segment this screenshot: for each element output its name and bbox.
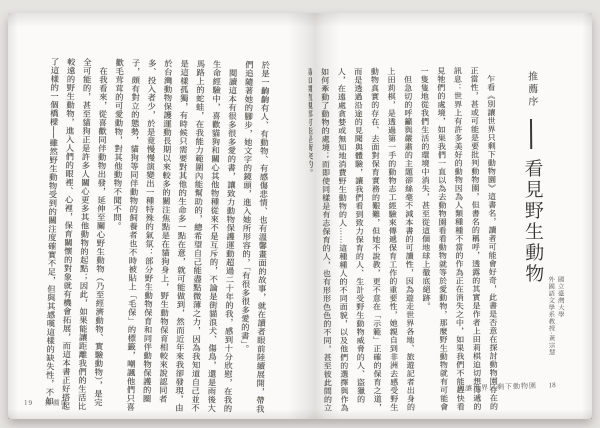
attribution-block: 國立臺灣大學外國語文學系教授·黃宗慧 xyxy=(546,276,566,386)
title-dash xyxy=(530,119,532,149)
right-page-body: 乍看《別讓世界只剩下動物園》這書名，讀者可能會好奇，此書是否意在探討動物園存在的… xyxy=(308,66,501,414)
footer-page-number-right: 18 xyxy=(549,381,556,389)
footer-book-title: 別讓世界只剩下動物園 xyxy=(457,382,537,393)
right-page-edge-shadow xyxy=(582,13,592,419)
attribution-line: 國立臺灣大學 xyxy=(555,276,565,386)
footer-section-label: 推薦序 xyxy=(45,399,69,407)
scanned-book-photo: { "colors": { "paper": "#fbfaf8", "backg… xyxy=(0,0,600,428)
left-page-body: 於是一齣齣有人、有動物、有感傷悲情、也有溫馨畫面的故事，就在讀者眼前陸續展開，帶… xyxy=(39,57,273,414)
book-spread: 推薦序 看見野生動物 國立臺灣大學外國語文學系教授·黃宗慧 乍看《別讓世界只剩下… xyxy=(8,13,592,419)
footer-page-number-left: 19 xyxy=(24,399,33,407)
left-page-footer: 19 推薦序 xyxy=(24,398,69,408)
paragraph: 乍看《別讓世界只剩下動物園》這書名，讀者可能會好奇，此書是否意在探討動物園存在的… xyxy=(416,66,502,413)
paragraph: 在我看來，從喜歡同伴動物出發，延伸至關心野生動物（乃至經濟動物、實驗動物），是完… xyxy=(39,57,111,411)
left-page-edge-shadow xyxy=(8,13,18,419)
paragraph: 但急切的呼籲與嚴肅的主題卻絲毫不減本書的可讀性，因為遊走世界各地、旅遊記者出身的… xyxy=(308,67,418,414)
preface-title-block: 推薦序 看見野生動物 xyxy=(518,71,548,401)
paragraph: 於是一齣齣有人、有動物、有感傷悲情、也有溫馨畫面的故事，就在讀者眼前陸續展開，帶… xyxy=(235,60,273,413)
attribution-line: 外國語文學系教授·黃宗慧 xyxy=(546,276,556,386)
preface-title: 看見野生動物 xyxy=(521,158,543,284)
preface-section-label: 推薦序 xyxy=(526,71,537,109)
paragraph: 閱讀這本有很多很多愛的書，讓致力動物保護運動超過二十年的我，感到十分欣慰，在我的… xyxy=(105,58,240,413)
